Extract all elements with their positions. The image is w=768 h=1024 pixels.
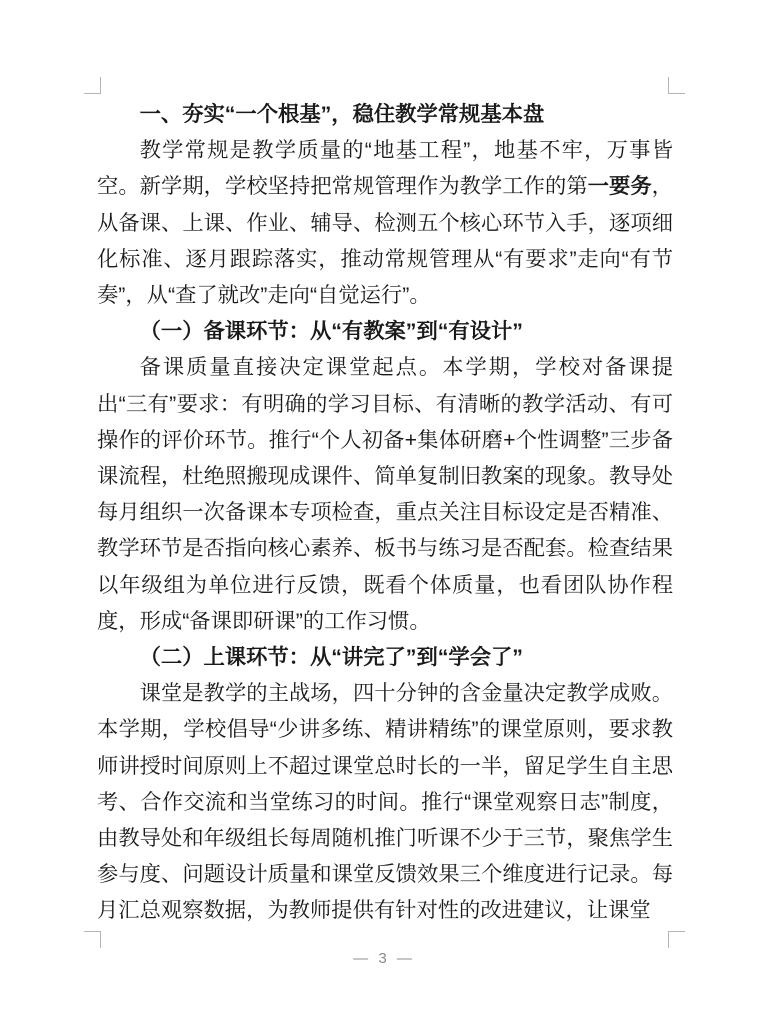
text-segment: 教学常规是教学质量的“地基工程”，地基不牢，万事皆空。新学期，学校坚持把常规管理… [97, 138, 673, 198]
section-1-1-heading: （一）备课环节：从“有教案”到“有设计” [97, 313, 673, 349]
text-segment: （二）上课环节：从“讲完了”到“学会了” [140, 645, 523, 669]
text-boundary-mark-top-right [668, 77, 685, 94]
document-page: 一、夯实“一个根基”，稳住教学常规基本盘教学常规是教学质量的“地基工程”，地基不… [0, 0, 768, 1024]
section-1-2-paragraph: 课堂是教学的主战场，四十分钟的含金量决定教学成败。本学期，学校倡导“少讲多练、精… [97, 675, 673, 928]
section-1-2-heading: （二）上课环节：从“讲完了”到“学会了” [97, 639, 673, 675]
text-boundary-mark-bottom-right [668, 931, 685, 948]
section-1-heading: 一、夯实“一个根基”，稳住教学常规基本盘 [97, 96, 673, 132]
page-number: — 3 — [0, 950, 768, 967]
document-body: 一、夯实“一个根基”，稳住教学常规基本盘教学常规是教学质量的“地基工程”，地基不… [97, 96, 673, 929]
text-segment: 一、夯实“一个根基”，稳住教学常规基本盘 [140, 102, 545, 126]
text-boundary-mark-top-left [84, 77, 101, 94]
text-segment: 课堂是教学的主战场，四十分钟的含金量决定教学成败。本学期，学校倡导“少讲多练、精… [97, 681, 673, 922]
section-1-paragraph: 教学常规是教学质量的“地基工程”，地基不牢，万事皆空。新学期，学校坚持把常规管理… [97, 132, 673, 313]
text-segment: 备课质量直接决定课堂起点。本学期，学校对备课提出“三有”要求：有明确的学习目标、… [97, 355, 673, 632]
text-segment: （一）备课环节：从“有教案”到“有设计” [140, 319, 523, 343]
text-segment: 一要务 [588, 174, 652, 198]
section-1-1-paragraph: 备课质量直接决定课堂起点。本学期，学校对备课提出“三有”要求：有明确的学习目标、… [97, 349, 673, 639]
text-boundary-mark-bottom-left [84, 931, 101, 948]
